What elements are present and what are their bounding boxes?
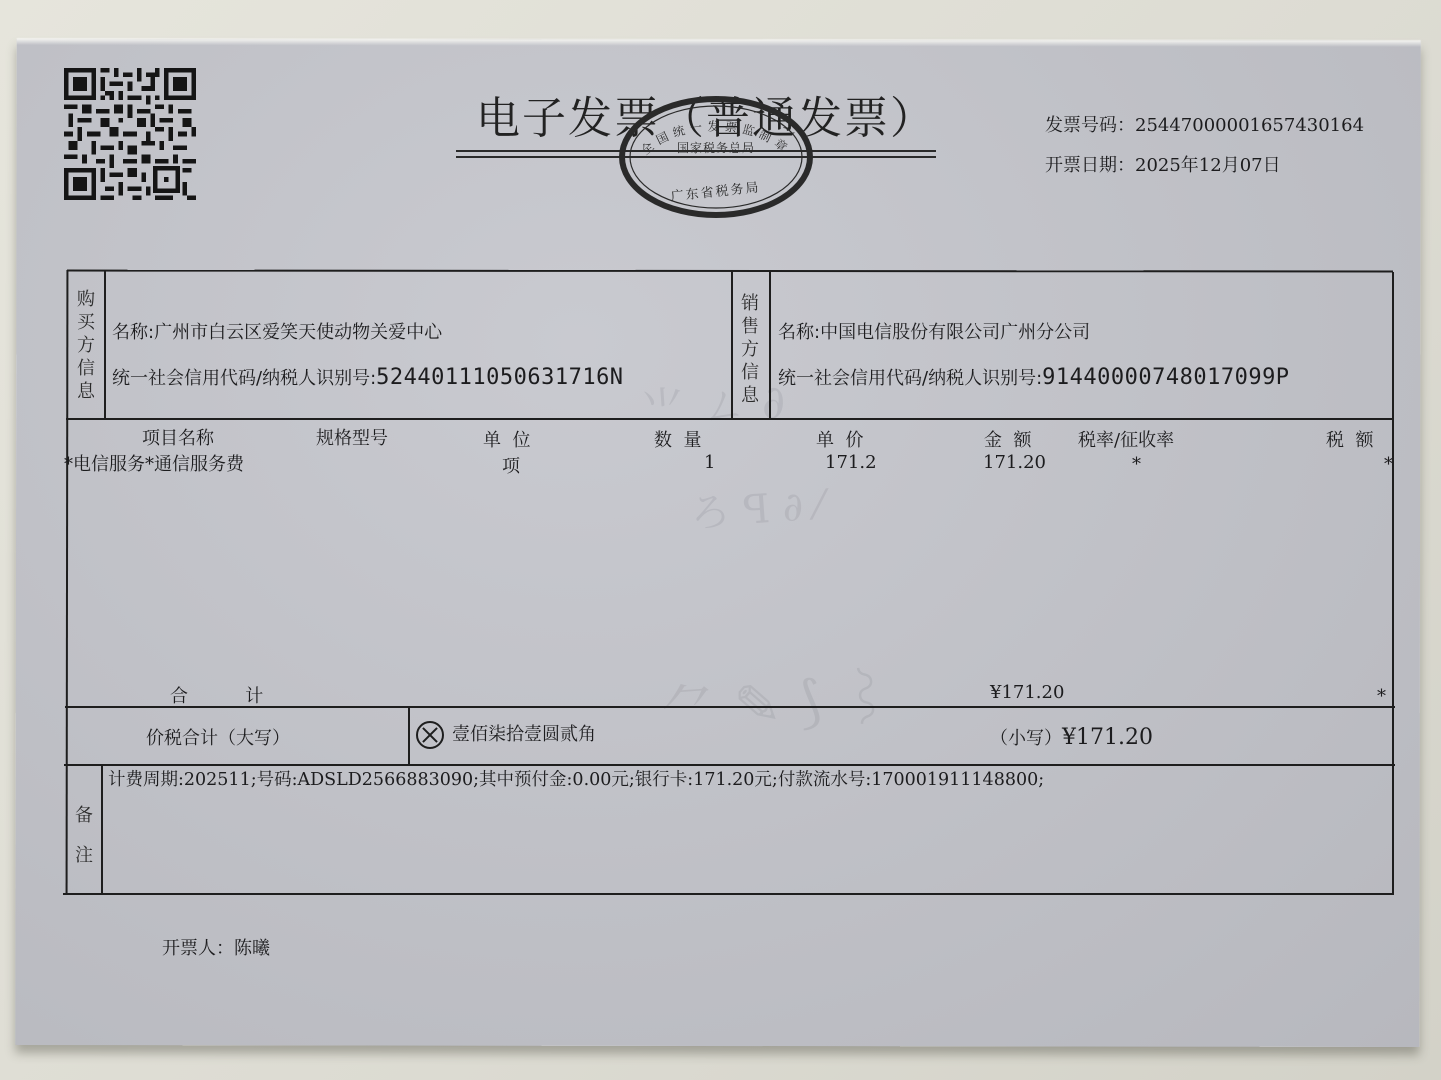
issuer-name: 陈曦: [234, 938, 270, 959]
remarks-text: 计费周期:202511;号码:ADSLD2566883090;其中预付金:0.0…: [108, 766, 1044, 791]
invoice-number-label: 发票号码：: [1045, 115, 1135, 136]
show-through-marks: ⺈ ✎ ⟆ ⌇: [657, 652, 896, 748]
buyer-label-divider: [104, 271, 106, 419]
item-tax-rate: *: [1132, 454, 1141, 475]
issue-date: 2025年12月07日: [1135, 155, 1281, 176]
buyer-section-label: 购 买 方 信 息: [71, 288, 101, 403]
svg-text:广东省税务局: 广东省税务局: [670, 179, 761, 204]
table-border-right: [1392, 272, 1394, 894]
total-tax: *: [1377, 686, 1386, 707]
col-header-tax: 税 额: [1326, 426, 1373, 452]
remarks-label: 备 注: [69, 796, 99, 876]
col-header-item-name: 项目名称: [142, 424, 214, 450]
buyer-name: 广州市白云区爱笑天使动物关爱中心: [154, 322, 442, 343]
item-tax: *: [1384, 454, 1393, 475]
grand-total-lowercase-row: （小写）¥171.20: [990, 724, 1153, 750]
col-header-tax-rate: 税率/征收率: [1078, 426, 1174, 452]
party-divider: [731, 271, 733, 419]
item-unit-price: 171.2: [825, 452, 877, 473]
seller-section-label: 销 售 方 信 息: [735, 292, 765, 407]
total-amount: ¥171.20: [990, 682, 1064, 703]
seller-name-row: 名称:中国电信股份有限公司广州分公司: [778, 318, 1090, 344]
svg-text:国家税务总局: 国家税务总局: [677, 140, 755, 155]
grand-total-divider: [408, 707, 410, 765]
row-divider: [65, 706, 1395, 708]
remarks-label-divider: [101, 765, 103, 894]
official-stamp: 全国统一发票监制章 国家税务总局 广东省税务局: [618, 96, 814, 218]
table-border-bottom: [63, 893, 1394, 895]
col-header-unit: 单 位: [483, 426, 530, 452]
buyer-tax-id-row: 统一社会信用代码/纳税人识别号:52440111050631716N: [112, 364, 624, 390]
item-quantity: 1: [704, 452, 715, 473]
total-label: 合 计: [170, 682, 263, 708]
item-unit: 项: [502, 452, 520, 478]
seller-tax-id-row: 统一社会信用代码/纳税人识别号:91440000748017099P: [778, 364, 1290, 390]
buyer-name-row: 名称:广州市白云区爱笑天使动物关爱中心: [112, 318, 442, 344]
col-header-spec: 规格型号: [316, 424, 388, 450]
grand-total-uppercase-row: 壹佰柒拾壹圆贰角: [416, 720, 596, 749]
circle-x-icon: [416, 721, 444, 749]
col-header-quantity: 数 量: [654, 426, 701, 452]
row-divider: [66, 418, 1394, 420]
issuer-label: 开票人：: [162, 938, 234, 959]
seller-label-divider: [769, 271, 771, 419]
issue-date-row: 开票日期：2025年12月07日: [1045, 146, 1364, 186]
grand-total-lowercase-label: （小写）: [990, 728, 1062, 749]
seller-name-label: 名称:: [778, 322, 820, 343]
buyer-tax-id: 52440111050631716N: [376, 365, 623, 390]
col-header-amount: 金 额: [984, 426, 1031, 452]
col-header-unit-price: 单 价: [816, 426, 863, 452]
item-amount: 171.20: [983, 452, 1046, 473]
seller-tax-id: 91440000748017099P: [1042, 365, 1289, 390]
seller-name: 中国电信股份有限公司广州分公司: [820, 322, 1090, 343]
buyer-name-label: 名称:: [112, 322, 154, 343]
grand-total-label: 价税合计（大写）: [146, 724, 290, 750]
seller-tax-id-label: 统一社会信用代码/纳税人识别号:: [778, 368, 1042, 389]
buyer-tax-id-label: 统一社会信用代码/纳税人识别号:: [112, 368, 376, 389]
grand-total-uppercase: 壹佰柒拾壹圆贰角: [452, 724, 596, 745]
item-name: *电信服务*通信服务费: [64, 450, 244, 476]
issue-date-label: 开票日期：: [1045, 155, 1135, 176]
invoice-number: 25447000001657430164: [1135, 115, 1364, 136]
issuer-row: 开票人：陈曦: [162, 934, 270, 960]
invoice-number-row: 发票号码：25447000001657430164: [1045, 106, 1364, 146]
grand-total-lowercase: ¥171.20: [1062, 725, 1153, 750]
show-through-marks: ろ ꟼ ∂ ⁄: [688, 473, 824, 539]
invoice-meta: 发票号码：25447000001657430164 开票日期：2025年12月0…: [1045, 106, 1364, 186]
qr-code-icon: [64, 68, 196, 200]
